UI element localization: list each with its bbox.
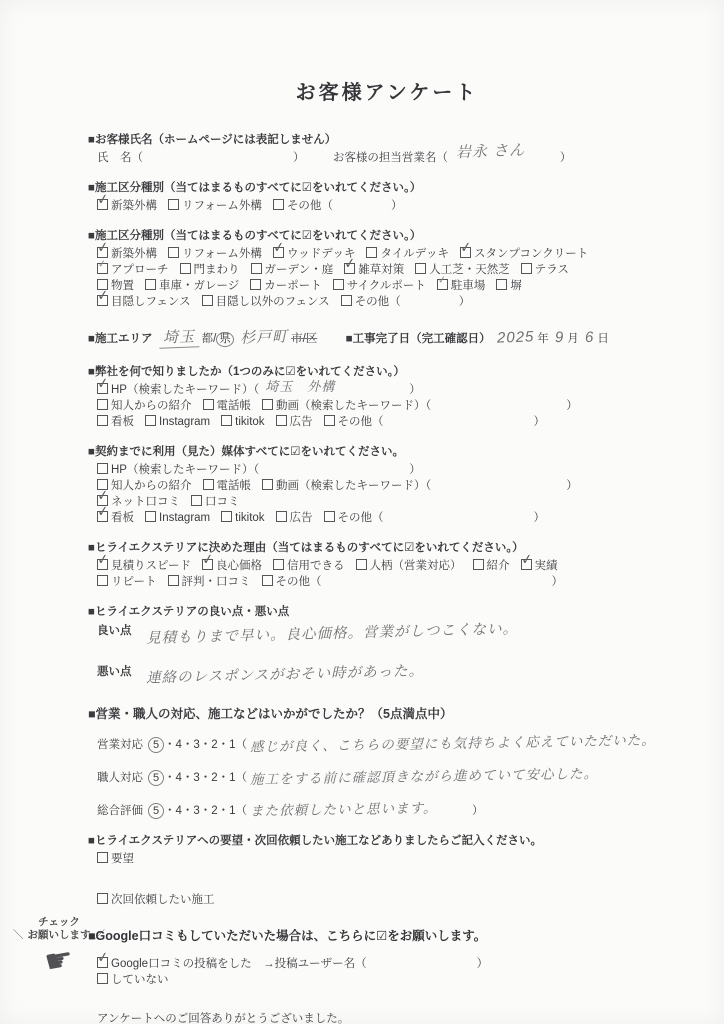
paren-close: ） [566,400,578,412]
checkbox-icon[interactable] [324,415,335,426]
blank-field[interactable] [367,957,477,969]
option-label: tikitok [235,416,264,428]
city-handwritten: 杉戸町 [240,325,289,348]
day-handwritten: 6 [585,329,595,346]
checkbox-icon[interactable] [521,263,532,274]
option-label: タイルデッキ [380,248,449,260]
checkbox-option[interactable]: 人柄（営業対応） [356,560,462,572]
checkbox-option[interactable]: HP（検索したキーワード）（） [97,464,421,476]
checkbox-option[interactable]: その他（） [273,200,403,212]
paren-open: （ [236,772,248,784]
option-label: 評判・口コミ [182,576,251,588]
blank-field[interactable] [431,399,566,411]
checkbox-option[interactable]: 動画（検索したキーワード）（） [262,400,578,412]
paren-close: ） [472,805,484,817]
checkbox-option[interactable]: ✓目隠しフェンス [97,296,191,308]
circled-ken-mark: 県 [216,332,234,347]
option-label: 目隠し以外のフェンス [216,296,330,308]
media-used-row-3: ✓ネット口コミ口コミ [88,494,686,510]
paren-open: （ [355,958,367,970]
checkbox-option[interactable]: ✓雑草対策 [344,264,404,276]
checked-checkbox-icon[interactable]: ✓ [202,559,213,570]
score-scale[interactable]: ・4・3・2・1 [164,772,236,784]
option-label: 知人からの紹介 [111,480,192,492]
checkbox-icon[interactable] [180,263,191,274]
option-label: リフォーム外構 [182,248,262,260]
paren-close: ） [409,464,421,476]
customer-name-section: ■お客様氏名（ホームページには表記しません） 氏 名（） お客様の担当営業名（岩… [88,131,686,166]
checkbox-icon[interactable] [333,279,344,290]
check-mark-icon: ✓ [96,487,110,502]
option-label: tikitok [235,512,264,524]
option-label: その他 [338,512,373,524]
sales-name-handwritten: 岩永 さん [456,143,526,161]
option-label: 信用できる [287,560,345,572]
check-mark-icon: ✓ [343,255,357,270]
checkbox-icon[interactable] [168,575,179,586]
checkbox-icon[interactable] [496,279,507,290]
how-found-row-1: ✓HP（検索したキーワード）（埼玉 外構） [88,382,686,398]
option-label: 動画（検索したキーワード） [276,400,426,412]
year-handwritten: 2025 [497,328,535,346]
checkbox-option[interactable]: タイルデッキ [366,248,449,260]
checkbox-option[interactable]: Instagram [145,512,210,524]
good-bad-section: ■ヒライエクステリアの良い点・悪い点 良い点 見積もりまで早い。良心価格。営業が… [88,603,686,684]
page-title: お客様アンケート [88,76,686,105]
checkbox-option[interactable]: ✓新築外構 [97,200,157,212]
bad-point-row: 悪い点 連絡のレスポンスがおそい時があった。 [88,663,686,684]
option-label: 電話帳 [217,400,252,412]
blank-field[interactable] [333,199,391,211]
google-posted-row: ✓Google口コミの投稿をした →投稿ユーザー名（） [88,956,686,972]
good-point-label: 良い点 [97,625,132,637]
paren-close: ） [566,480,578,492]
emphasis-slash-left: ＼ [13,929,24,942]
option-label: その他 [287,200,322,212]
ratings-section: ■営業・職人の対応、施工などはいかがでしたか？（5点満点中） 営業対応5・4・3… [88,704,686,819]
sales-name-label: お客様の担当営業名（ [333,152,448,164]
next-order-row: 次回依頼したい施工 [88,892,686,908]
checkbox-option[interactable]: していない [97,974,169,986]
to-slash-label: 都/ [202,333,217,345]
blank-field[interactable] [384,415,534,427]
rating-row-sales: 営業対応5・4・3・2・1（感じが良く、こちらの要望にも気持ちよく応えていただい… [88,732,686,753]
construction-type-2-row-4: ✓目隠しフェンス目隠し以外のフェンスその他（） [88,294,686,310]
google-review-header: ■Google口コミもしていただいた場合は、こちらに☑をお願いします。 [88,926,686,944]
media-used-row-2: 知人からの紹介電話帳動画（検索したキーワード）（） [88,478,686,494]
option-label: 新築外構 [111,248,157,260]
handwritten-fill: 埼玉 外構 [265,379,335,395]
check-mark-icon: ✓ [96,503,110,518]
checkbox-option[interactable]: ✓アプローチ [97,264,169,276]
decision-reason-header: ■ヒライエクステリアに決めた理由（当てはまるものすべてに☑をいれてください。） [88,539,686,555]
checkbox-option[interactable]: ✓Google口コミの投稿をした →投稿ユーザー名（） [97,958,488,970]
checkbox-icon[interactable] [262,479,273,490]
option-label: 広告 [290,416,313,428]
paren-open: （ [372,416,384,428]
checked-checkbox-icon[interactable]: ✓ [97,247,108,258]
checked-checkbox-icon[interactable]: ✓ [97,957,108,968]
completion-date-label: ■工事完了日（完工確認日） [346,333,491,345]
option-label: ガーデン・庭 [265,264,334,276]
checkbox-icon[interactable] [202,295,213,306]
checkbox-option[interactable]: 車庫・ガレージ [145,280,239,292]
checkbox-option[interactable]: ✓HP（検索したキーワード）（埼玉 外構） [97,384,421,396]
how-found-header: ■弊社を何で知りましたか（1つのみに☑をいれてください。） [88,363,686,379]
checkbox-option[interactable]: その他（） [324,416,546,428]
check-mark-icon: ✓ [97,259,107,270]
decision-reason-section: ■ヒライエクステリアに決めた理由（当てはまるものすべてに☑をいれてください。） … [88,539,686,590]
option-label: テラス [535,264,569,276]
option-label: 門まわり [194,264,240,276]
paren-open: （ [310,576,322,588]
checked-checkbox-icon[interactable]: ✓ [273,247,284,258]
checkbox-icon[interactable] [356,559,367,570]
option-label: リピート [111,576,157,588]
blank-field[interactable] [431,479,566,491]
day-unit: 日 [597,333,609,345]
circled-score-5[interactable]: 5 [148,737,164,753]
media-used-header: ■契約までに利用（見た）媒体すべてに☑をいれてください。 [88,443,686,459]
checkbox-option[interactable]: 次回依頼したい施工 [97,894,215,906]
check-mark-icon: ✓ [272,239,286,254]
rating-label: 総合評価 [97,805,143,817]
checked-checkbox-icon[interactable]: ✓ [344,263,355,274]
ratings-header: ■営業・職人の対応、施工などはいかがでしたか？（5点満点中） [88,704,686,722]
construction-type-1-options: ✓新築外構リフォーム外構その他（） [88,198,686,214]
google-not-posted-row: していない [88,972,686,988]
good-point-row: 良い点 見積もりまで早い。良心価格。営業がしつこくない。 [88,622,686,643]
check-mark-icon: ✓ [96,287,110,302]
checkbox-icon[interactable] [168,199,179,210]
check-mark-icon: ✓ [520,551,534,566]
paren-open: （ [236,739,248,751]
checkbox-option[interactable]: テラス [521,264,569,276]
checkbox-option[interactable]: 知人からの紹介 [97,480,192,492]
rating-comment-handwritten: また依頼したいと思います。 [250,796,438,819]
blank-field[interactable]: 埼玉 外構 [259,383,409,395]
checkbox-option[interactable]: その他（） [324,512,546,524]
paren-close: ） [477,958,489,970]
check-mark-icon: ✓ [437,275,447,286]
checkbox-icon[interactable] [203,479,214,490]
checkbox-icon[interactable] [203,399,214,410]
checkbox-option[interactable]: その他（） [262,576,564,588]
option-label: 広告 [290,512,313,524]
checkbox-option[interactable]: ✓スタンプコンクリート [460,248,588,260]
option-label: 知人からの紹介 [111,400,192,412]
bad-point-handwritten: 連絡のレスポンスがおそい時があった。 [146,659,424,687]
checked-checkbox-icon[interactable]: ✓ [97,295,108,306]
sales-name-field[interactable]: 岩永 さん [448,151,560,163]
checkbox-icon[interactable] [276,511,287,522]
rating-label: 職人対応 [97,772,143,784]
score-scale[interactable]: ・4・3・2・1 [164,739,236,751]
checkbox-icon[interactable] [145,511,156,522]
check-mark-icon: ✓ [96,239,110,254]
prefecture-unit: 都/県 [202,332,234,347]
checkbox-option[interactable]: カーポート [250,280,322,292]
option-label: 次回依頼したい施工 [111,894,215,906]
checkbox-option[interactable]: 口コミ [191,496,240,508]
checkbox-icon[interactable] [97,575,108,586]
paren-close: ） [293,152,305,164]
checkbox-option[interactable]: 信用できる [273,560,345,572]
option-label: 塀 [510,280,522,292]
construction-type-section-1: ■施工区分種別（当てはまるものすべてに☑をいれてください。） ✓新築外構リフォー… [88,179,686,214]
checkbox-icon[interactable] [324,511,335,522]
checkbox-option[interactable]: 要望 [97,853,134,865]
paren-open: （ [236,805,248,817]
option-label: HP（検索したキーワード） [111,384,253,396]
check-mark-icon: ✓ [459,239,473,254]
option-label: 駐車場 [451,280,486,292]
month-handwritten: 9 [555,329,565,346]
checkbox-option[interactable]: 動画（検索したキーワード）（） [262,480,578,492]
checkbox-option[interactable]: 看板 [97,416,134,428]
paren-open: （ [389,296,401,308]
option-label: 目隠しフェンス [111,296,191,308]
checkbox-option[interactable]: 電話帳 [203,400,252,412]
year-unit: 年 [537,333,549,345]
construction-type-2-row-2: ✓アプローチ門まわりガーデン・庭✓雑草対策人工芝・天然芝テラス [88,262,686,278]
option-label: 人柄（営業対応） [370,560,462,572]
option-label: 看板 [111,416,134,428]
option-label: 紹介 [487,560,510,572]
media-used-section: ■契約までに利用（見た）媒体すべてに☑をいれてください。 HP（検索したキーワー… [88,443,686,526]
checkbox-option[interactable]: リフォーム外構 [168,200,262,212]
checkbox-option[interactable]: 評判・口コミ [168,576,251,588]
checkbox-icon[interactable] [97,415,108,426]
google-review-section: ＼ ／ チェックお願いします ☛ ■Google口コミもしていただいた場合は、こ… [88,926,686,988]
checkbox-icon[interactable] [191,495,202,506]
option-label: リフォーム外構 [182,200,262,212]
paren-close: ） [534,512,546,524]
checkbox-icon[interactable] [97,463,108,474]
requests-header: ■ヒライエクステリアへの要望・次回依頼したい施工などありましたらご記入ください。 [88,832,686,848]
check-mark-icon: ✓ [96,191,110,206]
checkbox-option[interactable]: ✓看板 [97,512,134,524]
checkbox-option[interactable]: サイクルポート [333,280,426,292]
option-label: Google口コミの投稿をした [111,958,252,970]
area-and-completion-line: ■施工エリア 埼玉都/県 杉戸町市/区 ■工事完了日（完工確認日） 2025年 … [88,326,686,348]
construction-type-1-header: ■施工区分種別（当てはまるものすべてに☑をいれてください。） [88,179,686,195]
checked-checkbox-icon[interactable]: ✓ [97,511,108,522]
checkbox-icon[interactable] [262,399,273,410]
checkbox-icon[interactable] [341,295,352,306]
rating-comment-handwritten: 施工をする前に確認頂きながら進めていて安心した。 [250,762,598,788]
option-label: その他 [338,416,373,428]
option-label: その他 [276,576,311,588]
checkbox-icon[interactable] [145,279,156,290]
option-label: 看板 [111,512,134,524]
checkbox-option[interactable]: 塀 [496,280,522,292]
checkbox-icon[interactable] [221,511,232,522]
option-label: HP（検索したキーワード） [111,464,253,476]
score-scale[interactable]: ・4・3・2・1 [164,805,236,817]
checkbox-option[interactable]: ✓見積りスピード [97,560,191,572]
month-unit: 月 [567,333,579,345]
option-label: していない [111,974,169,986]
option-label: 動画（検索したキーワード） [276,480,426,492]
checkbox-icon[interactable] [262,575,273,586]
checkbox-option[interactable]: tikitok [221,416,264,428]
rating-row-craftsman: 職人対応5・4・3・2・1（施工をする前に確認頂きながら進めていて安心した。 [88,765,686,786]
checkbox-icon[interactable] [97,893,108,904]
bad-point-label: 悪い点 [97,666,132,678]
checked-checkbox-icon[interactable]: ✓ [97,383,108,394]
circled-score-5[interactable]: 5 [148,770,164,786]
option-label: カーポート [264,280,322,292]
blank-field[interactable] [401,295,459,307]
note-line-1: チェック [38,916,80,928]
checked-checkbox-icon[interactable]: ✓ [97,263,108,274]
how-found-section: ■弊社を何で知りましたか（1つのみに☑をいれてください。） ✓HP（検索したキー… [88,363,686,430]
paren-close: ） [560,152,572,164]
checked-checkbox-icon[interactable]: ✓ [521,559,532,570]
rating-label: 営業対応 [97,739,143,751]
paren-close: ） [459,296,471,308]
paren-open: （ [321,200,333,212]
option-label: 実績 [535,560,558,572]
option-label: 電話帳 [217,480,252,492]
checkbox-option[interactable]: ✓良心価格 [202,560,262,572]
checkbox-option[interactable]: ✓ネット口コミ [97,496,180,508]
option-label: スタンプコンクリート [474,248,588,260]
option-label: 新築外構 [111,200,157,212]
construction-type-2-row-3: 物置車庫・ガレージカーポートサイクルポート✓駐車場塀 [88,278,686,294]
checkbox-option[interactable]: ✓実績 [521,560,558,572]
rating-comment-handwritten: 感じが良く、こちらの要望にも気持ちよく応えていただいた。 [250,728,656,755]
checkbox-icon[interactable] [415,263,426,274]
option-label: 物置 [111,280,134,292]
check-mark-icon: ✓ [96,551,110,566]
paren-close: ） [534,416,546,428]
customer-name-header: ■お客様氏名（ホームページには表記しません） [88,131,686,147]
checkbox-icon[interactable] [221,415,232,426]
checkbox-option[interactable]: 知人からの紹介 [97,400,192,412]
checkbox-icon[interactable] [366,247,377,258]
checkbox-option[interactable]: リフォーム外構 [168,248,262,260]
option-label: Instagram [159,512,210,524]
option-label: ネット口コミ [111,496,180,508]
customer-name-field[interactable] [143,151,293,163]
how-found-row-2: 知人からの紹介電話帳動画（検索したキーワード）（） [88,398,686,414]
media-used-row-1: HP（検索したキーワード）（） [88,462,686,478]
checkbox-icon[interactable] [250,279,261,290]
construction-type-2-row-1: ✓新築外構リフォーム外構✓ウッドデッキタイルデッキ✓スタンプコンクリート [88,246,686,262]
option-suffix-label: →投稿ユーザー名 [252,958,356,970]
good-bad-header: ■ヒライエクステリアの良い点・悪い点 [88,603,686,619]
check-mark-icon: ✓ [96,375,110,390]
option-label: その他 [355,296,390,308]
checkbox-option[interactable]: ✓新築外構 [97,248,157,260]
checkbox-option[interactable]: 人工芝・天然芝 [415,264,510,276]
blank-field[interactable] [384,511,534,523]
construction-type-2-header: ■施工区分種別（当てはまるものすべてに☑をいれてください。） [88,227,686,243]
survey-scan-page: お客様アンケート ■お客様氏名（ホームページには表記しません） 氏 名（） お客… [0,0,724,1024]
option-label: 見積りスピード [111,560,191,572]
checked-checkbox-icon[interactable]: ✓ [437,279,448,290]
blank-field[interactable] [322,575,552,587]
checkbox-option[interactable]: tikitok [221,512,264,524]
rating-row-overall: 総合評価5・4・3・2・1（また依頼したいと思います。 ） [88,798,686,819]
option-label: 車庫・ガレージ [159,280,239,292]
option-label: 口コミ [205,496,240,508]
decision-reason-row-2: リピート評判・口コミその他（） [88,574,686,590]
checkbox-option[interactable]: 電話帳 [203,480,252,492]
checked-checkbox-icon[interactable]: ✓ [97,559,108,570]
checkbox-option[interactable]: Instagram [145,416,210,428]
checkbox-icon[interactable] [97,852,108,863]
checkbox-icon[interactable] [273,199,284,210]
blank-field[interactable] [259,463,409,475]
emphasis-slash-right: ／ [95,929,106,942]
check-mark-icon: ✓ [96,949,110,964]
option-label: アプローチ [111,264,169,276]
checkbox-option[interactable]: 紹介 [473,560,510,572]
option-label: サイクルポート [347,280,426,292]
checkbox-option[interactable]: 広告 [276,512,313,524]
circled-score-5[interactable]: 5 [148,803,164,819]
survey-content: お客様アンケート ■お客様氏名（ホームページには表記しません） 氏 名（） お客… [0,0,724,1024]
option-label: 雑草対策 [358,264,404,276]
checkbox-icon[interactable] [273,559,284,570]
checkbox-icon[interactable] [145,415,156,426]
pointing-hand-icon: ☛ [20,938,98,982]
option-label: 良心価格 [216,560,262,572]
checkbox-option[interactable]: リピート [97,576,157,588]
name-row: 氏 名（） お客様の担当営業名（岩永 さん） [88,150,686,166]
checkbox-icon[interactable] [97,399,108,410]
prefecture-handwritten: 埼玉 [158,325,199,348]
option-label: 要望 [111,853,134,865]
check-mark-icon: ✓ [201,551,215,566]
paren-close: ） [552,576,564,588]
paren-open: （ [372,512,384,524]
check-please-note: ＼ ／ チェックお願いします ☛ [22,916,96,976]
checkbox-option[interactable]: その他（） [341,296,471,308]
checked-checkbox-icon[interactable]: ✓ [97,199,108,210]
checkbox-option[interactable]: ガーデン・庭 [251,264,334,276]
how-found-row-3: 看板Instagramtikitok広告その他（） [88,414,686,430]
checkbox-option[interactable]: ✓駐車場 [437,280,486,292]
construction-type-section-2: ■施工区分種別（当てはまるものすべてに☑をいれてください。） ✓新築外構リフォー… [88,227,686,310]
good-point-handwritten: 見積もりまで早い。良心価格。営業がしつこくない。 [146,617,518,648]
media-used-row-4: ✓看板Instagramtikitok広告その他（） [88,510,686,526]
checkbox-option[interactable]: 目隠し以外のフェンス [202,296,330,308]
checkbox-icon[interactable] [251,263,262,274]
paren-close: ） [391,200,403,212]
option-label: Instagram [159,416,210,428]
checkbox-option[interactable]: 門まわり [180,264,240,276]
city-ward-unit: 市/区 [291,333,317,345]
checkbox-icon[interactable] [168,247,179,258]
thanks-message: アンケートへのご回答ありがとうございました。 [97,1010,686,1024]
name-label: 氏 名（ [97,152,143,164]
checkbox-icon[interactable] [473,559,484,570]
checkbox-icon[interactable] [97,973,108,984]
requests-section: ■ヒライエクステリアへの要望・次回依頼したい施工などありましたらご記入ください。… [88,832,686,908]
request-row: 要望 [88,851,686,867]
paren-close: ） [409,384,421,396]
checkbox-option[interactable]: 広告 [276,416,313,428]
decision-reason-row-1: ✓見積りスピード✓良心価格信用できる人柄（営業対応）紹介✓実績 [88,558,686,574]
checked-checkbox-icon[interactable]: ✓ [460,247,471,258]
checkbox-icon[interactable] [276,415,287,426]
area-label: ■施工エリア [88,333,152,345]
